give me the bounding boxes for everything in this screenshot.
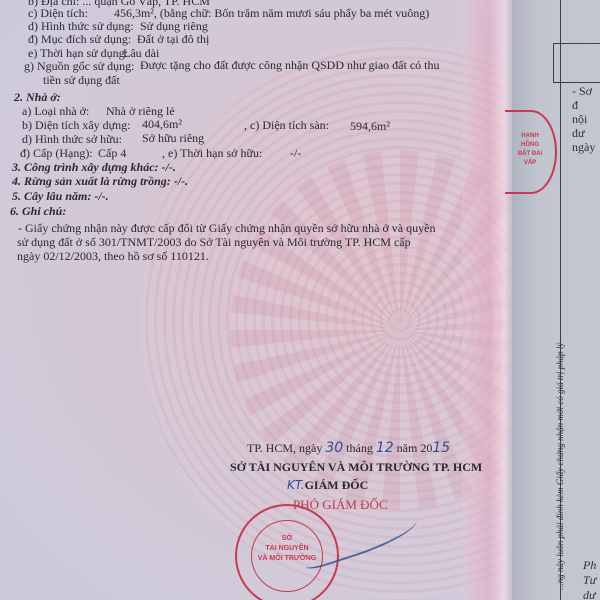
build-area-value: 404,6m² bbox=[142, 117, 182, 132]
handwritten-year: 15 bbox=[432, 440, 450, 456]
grade-value: Cấp 4 bbox=[98, 146, 126, 161]
note-line-3: ngày 02/12/2003, theo hồ sơ số 110121. bbox=[17, 249, 209, 264]
own-term-label: , e) Thời hạn sở hữu: bbox=[162, 146, 262, 161]
agency-name: SỞ TÀI NGUYÊN VÀ MÔI TRƯỜNG TP. HCM bbox=[230, 460, 482, 475]
own-term-value: -/- bbox=[290, 146, 301, 161]
origin-value-cont: tiền sử dụng đất bbox=[43, 73, 120, 88]
signer-title: KT.GIÁM ĐỐC bbox=[287, 478, 368, 493]
handwritten-kt: KT. bbox=[287, 478, 305, 492]
build-area-label: b) Diện tích xây dựng: bbox=[22, 118, 130, 133]
purpose-value: Đất ở tại đô thị bbox=[137, 32, 209, 47]
notes-heading: 6. Ghi chú: bbox=[10, 204, 66, 219]
grade-label: đ) Cấp (Hạng): bbox=[20, 146, 93, 161]
page-fold bbox=[462, 0, 512, 600]
place-date: TP. HCM, ngày 30 tháng 12 năm 2015 bbox=[247, 440, 450, 456]
floor-area-label: , c) Diện tích sàn: bbox=[244, 118, 329, 133]
purpose-label: đ) Mục đích sử dụng: bbox=[28, 32, 131, 47]
ownership-value: Sở hữu riêng bbox=[142, 131, 204, 146]
house-type-label: a) Loại nhà ở: bbox=[22, 104, 89, 119]
district-stamp: HẠNH HỒNG ĐẤT ĐAI VẤP bbox=[505, 110, 557, 194]
right-page-bottom-text: Ph Tư dư bbox=[583, 558, 596, 600]
vertical-legal-note: ...ng này luôn phải đính kèm Giấy chứng … bbox=[555, 343, 565, 590]
floor-area-value: 594,6m² bbox=[350, 119, 390, 134]
note-line-1: - Giấy chứng nhận này được cấp đổi từ Gi… bbox=[18, 221, 435, 236]
ownership-label: d) Hình thức sở hữu: bbox=[22, 132, 122, 147]
house-heading: 2. Nhà ở: bbox=[14, 90, 61, 105]
origin-value: Được tặng cho đất được công nhận QSDD nh… bbox=[140, 58, 439, 73]
handwritten-day: 30 bbox=[325, 440, 343, 456]
note-line-2: sử dụng đất ở số 301/TNMT/2003 do Sở Tài… bbox=[17, 235, 411, 250]
certificate-page: b) Địa chỉ: ... quận Gò Vấp, TP. HCM c) … bbox=[0, 0, 512, 600]
forest: 4. Rừng sản xuất là rừng trồng: -/-. bbox=[12, 174, 188, 189]
right-page-text: - Sơ đ nội dư ngày bbox=[572, 84, 600, 154]
perennial-trees: 5. Cây lâu năm: -/-. bbox=[12, 189, 109, 204]
other-works: 3. Công trình xây dựng khác: -/-. bbox=[12, 160, 176, 175]
handwritten-month: 12 bbox=[376, 440, 394, 456]
origin-label: g) Nguồn gốc sử dụng: bbox=[24, 59, 135, 74]
